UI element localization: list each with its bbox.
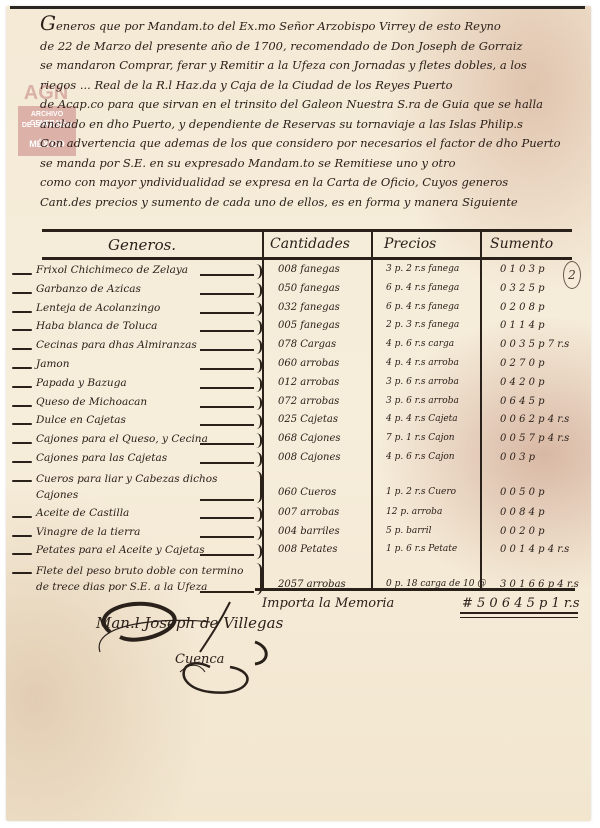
sumento-cell: 0 0 8 4 p	[500, 507, 545, 518]
sumento-cell: 0 0 5 7 p 4 r.s	[500, 433, 569, 444]
precio-cell: 0 p. 18 carga de 10 @	[386, 579, 486, 589]
leader-line	[200, 330, 254, 332]
row-brace	[254, 471, 262, 503]
intro-line: Generos que por Mandam.to del Ex.mo Seño…	[40, 14, 580, 37]
precio-cell: 5 p. barril	[386, 526, 432, 536]
sumento-cell: 3 0 1 6 6 p 4 r.s	[500, 579, 579, 590]
leader-line	[200, 499, 254, 501]
cantidad-cell: 060 arrobas	[278, 358, 339, 369]
cantidad-cell: 005 fanegas	[278, 320, 340, 331]
cantidad-cell: 2057 arrobas	[278, 579, 346, 590]
leader-line	[200, 406, 254, 408]
scan-top-edge	[10, 6, 585, 9]
intro-line: anclado en dho Puerto, y dependiente de …	[40, 115, 580, 135]
table-header-rule	[42, 257, 572, 260]
row-brace	[254, 563, 262, 595]
precio-cell: 1 p. 2 r.s Cuero	[386, 487, 456, 497]
cantidad-cell: 007 arrobas	[278, 507, 339, 518]
leader-line	[200, 349, 254, 351]
row-bullet-dash	[12, 405, 32, 407]
leader-line	[200, 443, 254, 445]
sumento-cell: 0 0 5 0 p	[500, 487, 545, 498]
sumento-cell: 0 4 2 0 p	[500, 377, 545, 388]
precio-cell: 4 p. 6 r.s carga	[386, 339, 454, 349]
row-brace	[254, 452, 262, 467]
row-bullet-dash	[12, 367, 32, 369]
precio-cell: 4 p. 4 r.s arroba	[386, 358, 459, 368]
sumento-cell: 0 1 1 4 p	[500, 320, 545, 331]
sumento-cell: 0 0 1 4 p 4 r.s	[500, 544, 569, 555]
row-bullet-dash	[12, 348, 32, 350]
cantidad-cell: 008 Cajones	[278, 452, 341, 463]
leader-line	[200, 312, 254, 314]
leader-line	[200, 293, 254, 295]
header-sumento: Sumento	[490, 236, 553, 252]
footer-underline	[460, 612, 578, 614]
row-brace	[254, 264, 262, 279]
intro-line: como con mayor yndividualidad se expresa…	[40, 173, 580, 193]
sumento-cell: 0 3 2 5 p	[500, 283, 545, 294]
precio-cell: 7 p. 1 r.s Cajon	[386, 433, 455, 443]
header-cantidades: Cantidades	[270, 236, 350, 252]
total-label: Importa la Memoria	[262, 596, 394, 611]
footer-underline-2	[460, 617, 578, 618]
row-brace	[254, 507, 262, 522]
sumento-cell: 0 2 7 0 p	[500, 358, 545, 369]
precio-cell: 1 p. 6 r.s Petate	[386, 544, 457, 554]
cantidad-cell: 025 Cajetas	[278, 414, 338, 425]
row-bullet-dash	[12, 273, 32, 275]
leader-line	[200, 368, 254, 370]
row-bullet-dash	[12, 535, 32, 537]
header-precios: Precios	[384, 236, 436, 252]
row-bullet-dash	[12, 461, 32, 463]
grand-total: # 5 0 6 4 5 p 1 r.s	[462, 596, 580, 611]
cantidad-cell: 008 Petates	[278, 544, 338, 555]
intro-line: Cant.des precios y sumento de cada uno d…	[40, 193, 580, 213]
leader-line	[200, 536, 254, 538]
leader-line	[200, 554, 254, 556]
intro-paragraph: Generos que por Mandam.to del Ex.mo Seño…	[40, 14, 580, 212]
cantidad-cell: 060 Cueros	[278, 487, 336, 498]
cantidad-cell: 012 arrobas	[278, 377, 339, 388]
intro-line: Con advertencia que ademas de los que co…	[40, 134, 580, 154]
cantidad-cell: 050 fanegas	[278, 283, 340, 294]
row-bullet-dash	[12, 292, 32, 294]
sumento-cell: 0 2 0 8 p	[500, 302, 545, 313]
leader-line	[200, 274, 254, 276]
precio-cell: 4 p. 6 r.s Cajon	[386, 452, 455, 462]
sumento-cell: 0 0 3 5 p 7 r.s	[500, 339, 569, 350]
intro-line: se manda por S.E. en su expresado Mandam…	[40, 154, 580, 174]
precio-cell: 4 p. 4 r.s Cajeta	[386, 414, 458, 424]
sumento-cell: 0 1 0 3 p	[500, 264, 545, 275]
cantidad-cell: 032 fanegas	[278, 302, 340, 313]
precio-cell: 3 p. 6 r.s arroba	[386, 396, 459, 406]
intro-line: se mandaron Comprar, ferar y Remitir a l…	[40, 56, 580, 76]
row-bullet-dash	[12, 516, 32, 518]
row-bullet-dash	[12, 442, 32, 444]
sumento-cell: 0 0 6 2 p 4 r.s	[500, 414, 569, 425]
precio-cell: 12 p. arroba	[386, 507, 442, 517]
leader-line	[200, 387, 254, 389]
leader-line	[200, 517, 254, 519]
row-brace	[254, 358, 262, 373]
cantidad-cell: 008 fanegas	[278, 264, 340, 275]
sumento-cell: 0 6 4 5 p	[500, 396, 545, 407]
cantidad-cell: 072 arrobas	[278, 396, 339, 407]
table-top-rule	[42, 229, 572, 232]
precio-cell: 2 p. 3 r.s fanega	[386, 320, 459, 330]
leader-line	[200, 462, 254, 464]
intro-line: de 22 de Marzo del presente año de 1700,…	[40, 37, 580, 57]
cantidad-cell: 004 barriles	[278, 526, 340, 537]
row-bullet-dash	[12, 311, 32, 313]
row-brace	[254, 377, 262, 392]
row-bullet-dash	[12, 386, 32, 388]
precio-cell: 3 p. 2 r.s fanega	[386, 264, 459, 274]
sumento-cell: 0 0 2 0 p	[500, 526, 545, 537]
precio-cell: 6 p. 4 r.s fanega	[386, 302, 459, 312]
intro-line: de Acap.co para que sirvan en el trinsit…	[40, 95, 580, 115]
row-bullet-dash	[12, 480, 32, 482]
precio-cell: 6 p. 4 r.s fanega	[386, 283, 459, 293]
intro-line: riegos ... Real de la R.l Haz.da y Caja …	[40, 76, 580, 96]
cantidad-cell: 068 Cajones	[278, 433, 341, 444]
signature-flourish	[80, 592, 280, 702]
sumento-cell: 0 0 3 p	[500, 452, 535, 463]
cantidad-cell: 078 Cargas	[278, 339, 336, 350]
header-generos: Generos.	[108, 236, 176, 254]
leader-line	[200, 424, 254, 426]
signature-name: Man.l Joseph de Villegas	[96, 614, 283, 632]
row-brace	[254, 283, 262, 298]
precio-cell: 3 p. 6 r.s arroba	[386, 377, 459, 387]
row-bullet-dash	[12, 572, 32, 574]
signature-place: Cuenca	[175, 652, 224, 667]
